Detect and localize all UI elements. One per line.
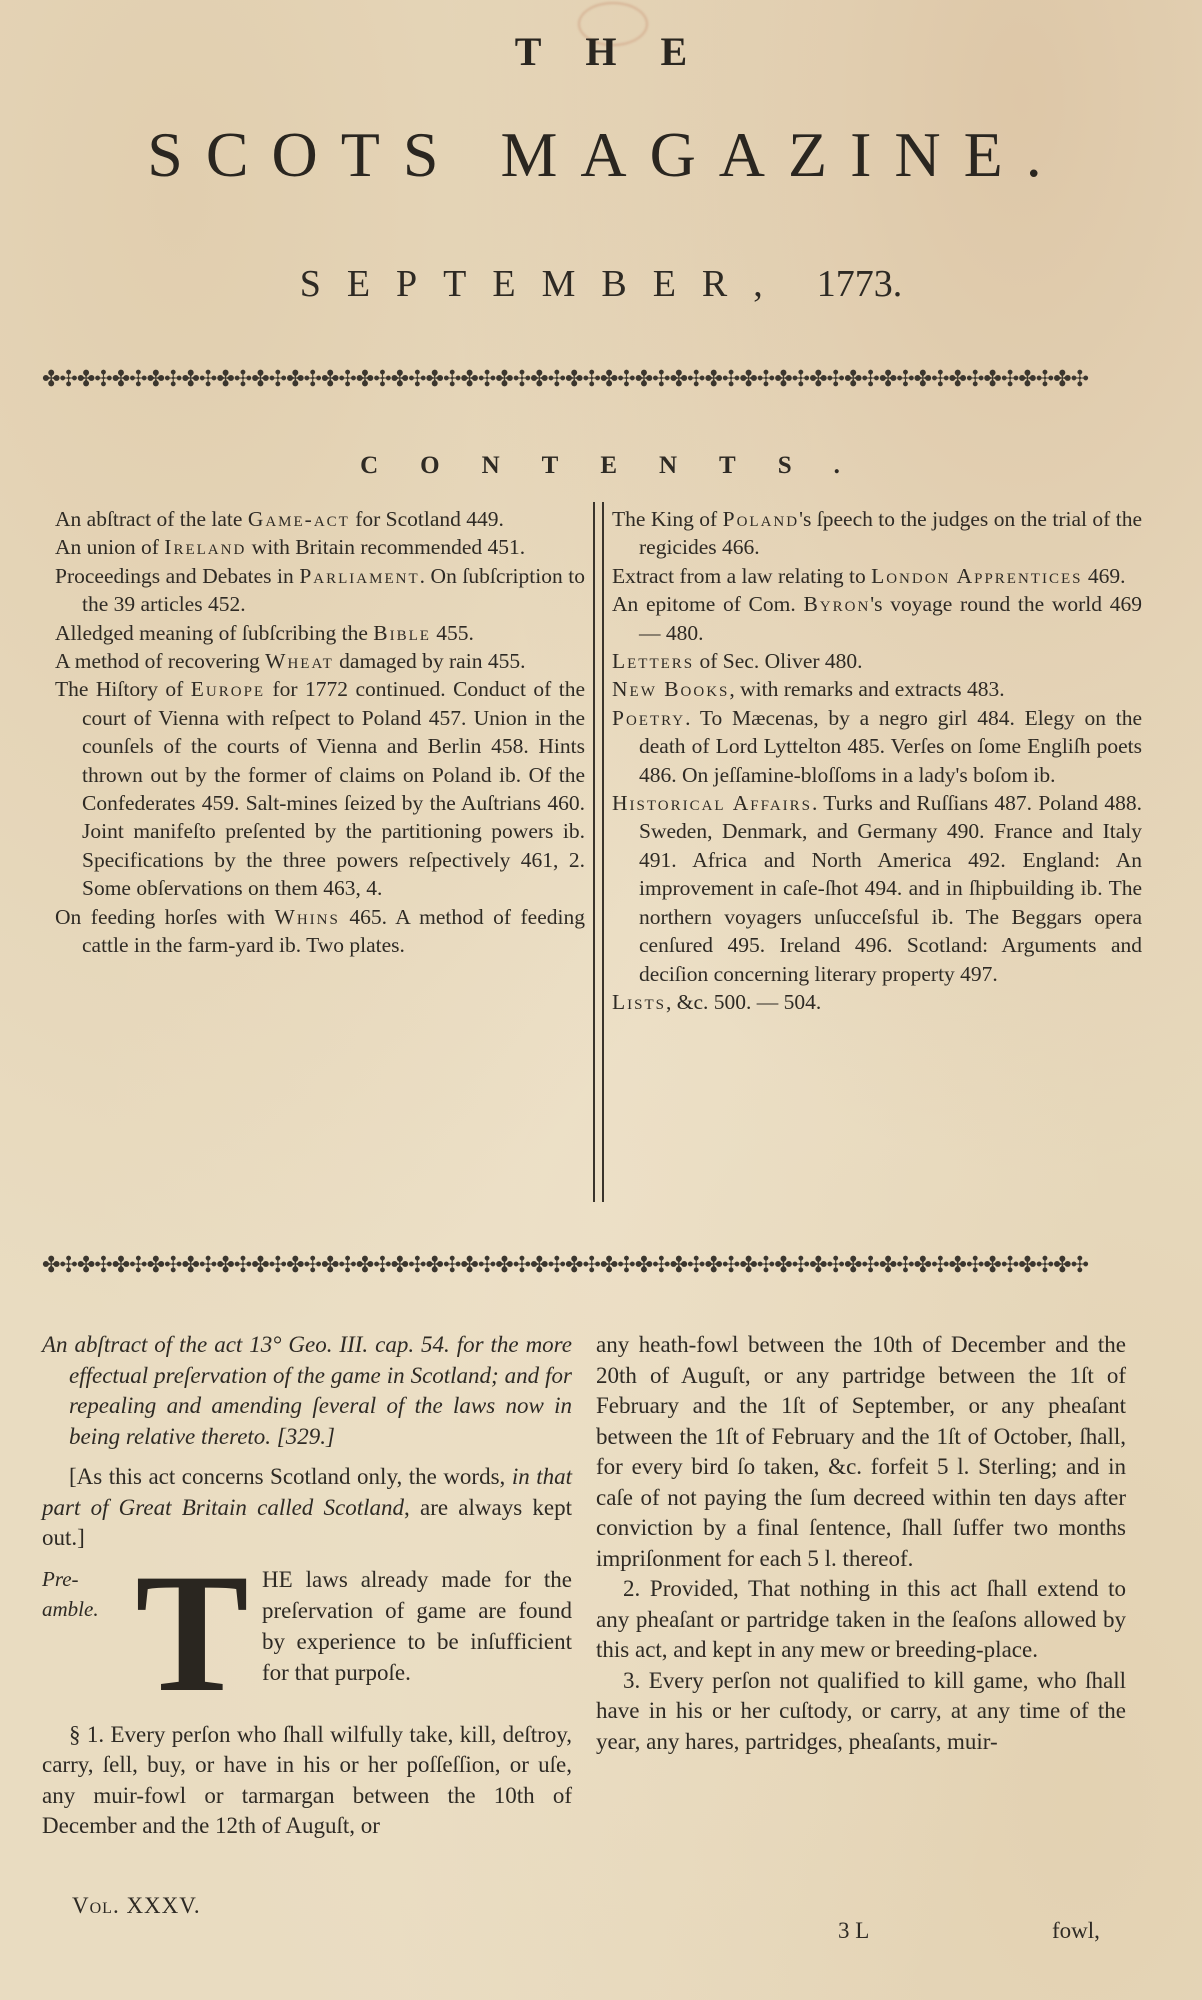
column-rule-left [593,502,595,1202]
toc-entry: Letters of Sec. Oliver 480. [612,647,1142,675]
toc-entry: An epitome of Com. Byron's voyage round … [612,590,1142,647]
volume-number: Vol. XXXV. [72,1893,201,1919]
toc-entry: Proceedings and Debates in Parliament. O… [55,562,585,619]
margin-note: Pre-amble. [42,1564,122,1624]
masthead-the: THE [0,28,1202,75]
section-1: § 1. Every perſon who ſhall wilfully tak… [42,1720,572,1842]
issue-date: SEPTEMBER,1773. [0,262,1202,306]
toc-entry: Poetry. To Mæcenas, by a negro girl 484.… [612,704,1142,789]
contents-heading: CONTENTS. [0,452,1202,480]
toc-entry: An abſtract of the late Game-act for Sco… [55,505,585,533]
toc-entry: The King of Poland's ſpeech to the judge… [612,505,1142,562]
article-right-column: any heath-fowl between the 10th of Decem… [596,1330,1126,1757]
toc-entry: The Hiſtory of Europe for 1772 continued… [55,675,585,902]
printer-signature: 3 L [838,1918,869,1944]
issue-year: 1773. [817,263,903,305]
contents-right-column: The King of Poland's ſpeech to the judge… [612,505,1142,1016]
ornament-divider-bottom: ✤✣✤✣✤✣✤✣✤✣✤✣✤✣✤✣✤✣✤✣✤✣✤✣✤✣✤✣✤✣✤✣✤✣✤✣✤✣✤✣… [42,1250,1142,1280]
column-rule-right [602,502,604,1202]
section-2: 2. Provided, That nothing in this act ſh… [596,1574,1126,1666]
toc-entry: Lists, &c. 500. — 504. [612,988,1142,1016]
toc-entry: Extract from a law relating to London Ap… [612,562,1142,590]
issue-month: SEPTEMBER, [300,263,789,305]
toc-entry: Historical Affairs. Turks and Ruſſians 4… [612,789,1142,988]
toc-entry: Alledged meaning of ſubſcribing the Bibl… [55,619,585,647]
contents-left-column: An abſtract of the late Game-act for Sco… [55,505,585,960]
toc-entry: New Books, with remarks and extracts 483… [612,675,1142,703]
preamble-block: Pre-amble. T HE laws already made for th… [42,1564,572,1720]
editorial-note: [As this act concerns Scotland only, the… [42,1462,572,1554]
article-left-column: An abſtract of the act 13° Geo. III. cap… [42,1330,572,1842]
magazine-page: THE SCOTS MAGAZINE. SEPTEMBER,1773. ✤✣✤✣… [0,0,1202,2000]
masthead-title: SCOTS MAGAZINE. [0,118,1202,192]
drop-cap: T [132,1558,252,1708]
ornament-divider-top: ✤✣✤✣✤✣✤✣✤✣✤✣✤✣✤✣✤✣✤✣✤✣✤✣✤✣✤✣✤✣✤✣✤✣✤✣✤✣✤✣… [42,364,1142,394]
article-title: An abſtract of the act 13° Geo. III. cap… [42,1330,572,1452]
toc-entry: An union of Ireland with Britain recomme… [55,533,585,561]
toc-entry: A method of recovering Wheat damaged by … [55,647,585,675]
catchword: fowl, [1052,1918,1100,1944]
preamble-text: HE laws already made for the preſervatio… [262,1564,572,1688]
section-3: 3. Every perſon not qualified to kill ga… [596,1666,1126,1758]
continued-paragraph: any heath-fowl between the 10th of Decem… [596,1330,1126,1574]
toc-entry: On feeding horſes with Whins 465. A meth… [55,903,585,960]
